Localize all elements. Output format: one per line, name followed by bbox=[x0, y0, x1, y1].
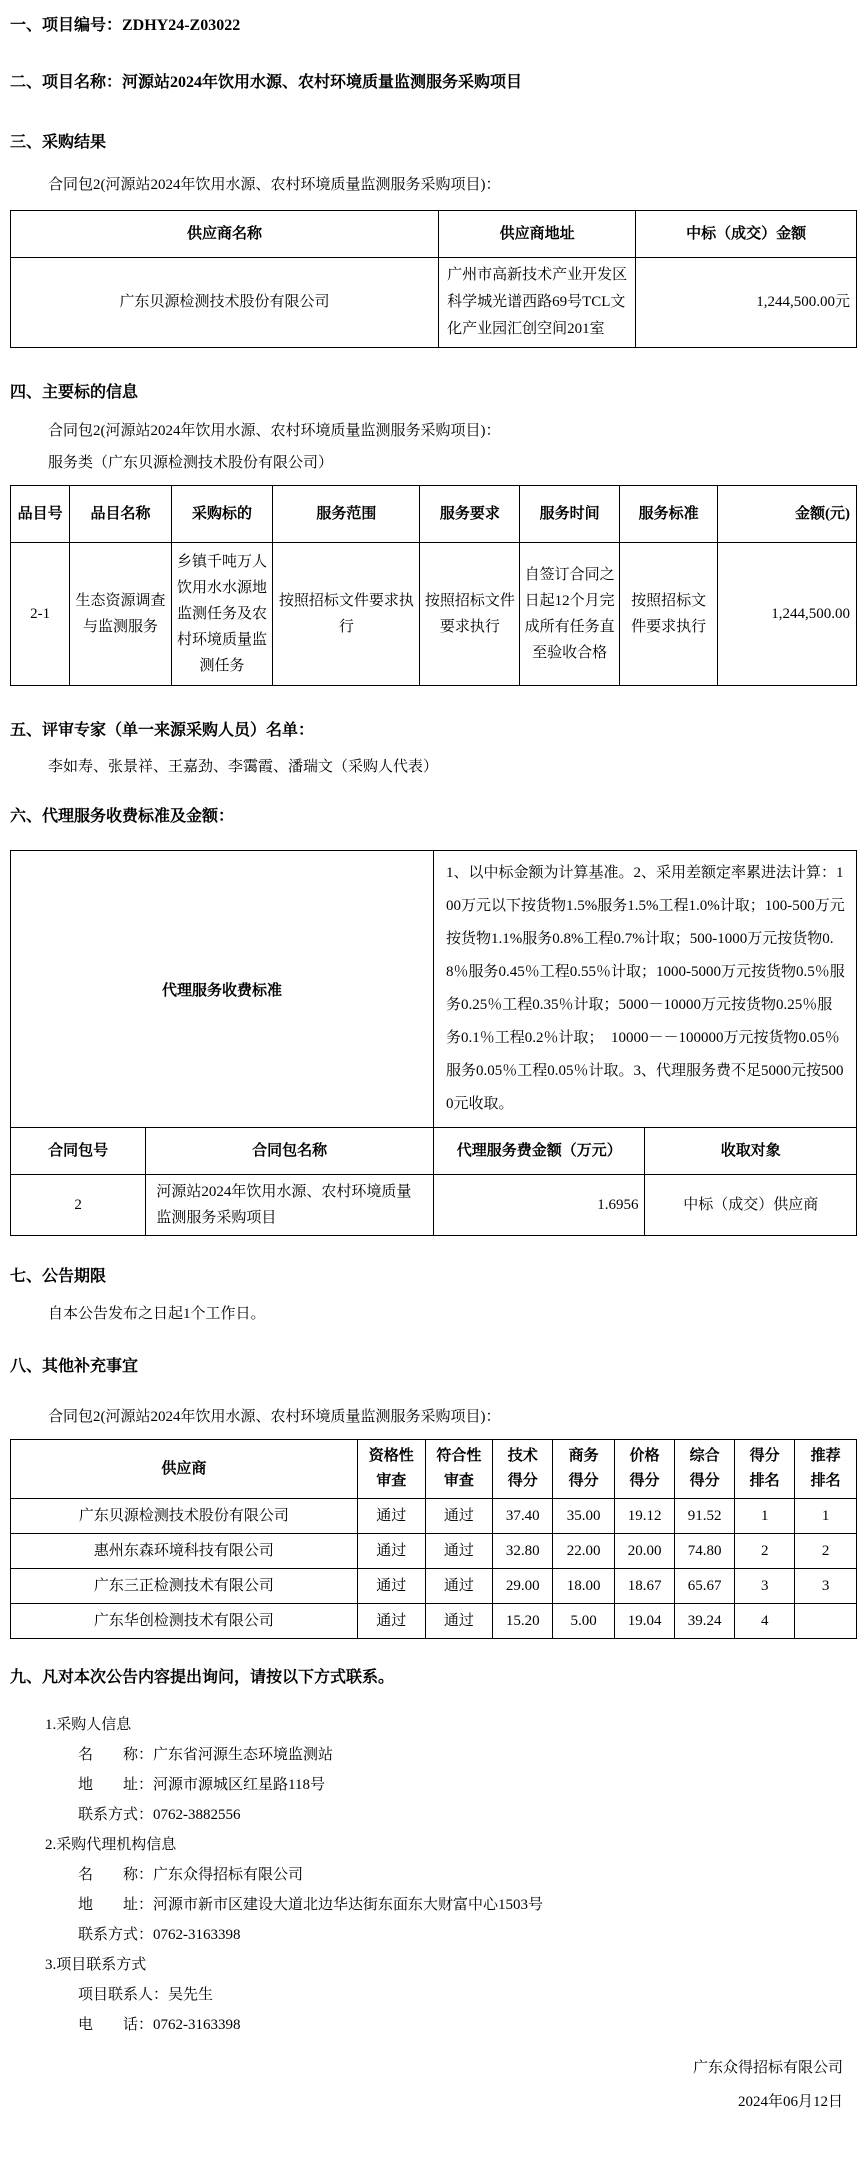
supplier-cell: 广东贝源检测技术股份有限公司 bbox=[11, 1499, 358, 1534]
score-rank-cell: 2 bbox=[735, 1534, 795, 1569]
recommend-rank-cell bbox=[795, 1604, 857, 1639]
price-score-cell: 20.00 bbox=[615, 1534, 675, 1569]
score-rank-cell: 1 bbox=[735, 1499, 795, 1534]
conformity-cell: 通过 bbox=[425, 1569, 493, 1604]
package-no-header: 合同包号 bbox=[11, 1128, 146, 1175]
technical-score-header: 技术得分 bbox=[493, 1440, 553, 1499]
subject-info-heading: 四、主要标的信息 bbox=[10, 382, 857, 404]
fee-standard-label-cell: 代理服务收费标准 bbox=[11, 851, 434, 1128]
service-category-line: 服务类（广东贝源检测技术股份有限公司） bbox=[48, 452, 857, 474]
experts-names: 李如寿、张景祥、王嘉劲、李霭霞、潘瑞文（采购人代表） bbox=[48, 756, 857, 778]
total-score-cell: 91.52 bbox=[675, 1499, 735, 1534]
agency-name-line: 名 称：广东众得招标有限公司 bbox=[78, 1864, 857, 1886]
conformity-cell: 通过 bbox=[425, 1499, 493, 1534]
table-header-row: 合同包号 合同包名称 代理服务费金额（万元） 收取对象 bbox=[11, 1128, 857, 1175]
qualification-cell: 通过 bbox=[357, 1569, 425, 1604]
contact-section-heading: 九、凡对本次公告内容提出询问，请按以下方式联系。 bbox=[10, 1667, 857, 1689]
supplier-address-cell: 广州市高新技术产业开发区科学城光谱西路69号TCL文化产业园汇创空间201室 bbox=[439, 258, 636, 348]
technical-score-cell: 29.00 bbox=[493, 1569, 553, 1604]
announcement-period-body: 自本公告发布之日起1个工作日。 bbox=[48, 1303, 857, 1325]
qualification-cell: 通过 bbox=[357, 1499, 425, 1534]
table-header-row: 供应商 资格性审查 符合性审查 技术得分 商务得分 价格得分 综合得分 得分排名… bbox=[11, 1440, 857, 1499]
qualification-cell: 通过 bbox=[357, 1534, 425, 1569]
package-name-header: 合同包名称 bbox=[146, 1128, 434, 1175]
supplementary-heading: 八、其他补充事宜 bbox=[10, 1356, 857, 1378]
announcement-period-heading: 七、公告期限 bbox=[10, 1266, 857, 1288]
announcement-page: { "sections": { "s1_heading": "一、项目编号：ZD… bbox=[0, 0, 867, 2157]
fee-payer-header: 收取对象 bbox=[645, 1128, 857, 1175]
supplier-cell: 广东华创检测技术有限公司 bbox=[11, 1604, 358, 1639]
package-name-cell: 河源站2024年饮用水源、农村环境质量监测服务采购项目 bbox=[146, 1175, 434, 1236]
contact-block: 1.采购人信息 名 称：广东省河源生态环境监测站 地 址：河源市源城区红星路11… bbox=[10, 1714, 857, 2036]
procurement-target-cell: 乡镇千吨万人饮用水水源地监测任务及农村环境质量监测任务 bbox=[171, 543, 273, 686]
price-score-cell: 19.04 bbox=[615, 1604, 675, 1639]
conformity-cell: 通过 bbox=[425, 1604, 493, 1639]
score-rank-header: 得分排名 bbox=[735, 1440, 795, 1499]
score-rank-cell: 3 bbox=[735, 1569, 795, 1604]
service-standard-header: 服务标准 bbox=[620, 486, 718, 543]
conformity-cell: 通过 bbox=[425, 1534, 493, 1569]
business-score-cell: 22.00 bbox=[553, 1534, 615, 1569]
table-row: 2 河源站2024年饮用水源、农村环境质量监测服务采购项目 1.6956 中标（… bbox=[11, 1175, 857, 1236]
business-score-cell: 5.00 bbox=[553, 1604, 615, 1639]
procurement-result-table: 供应商名称 供应商地址 中标（成交）金额 广东贝源检测技术股份有限公司 广州市高… bbox=[10, 210, 857, 348]
service-standard-cell: 按照招标文件要求执行 bbox=[620, 543, 718, 686]
purchaser-name-line: 名 称：广东省河源生态环境监测站 bbox=[78, 1744, 857, 1766]
supplier-cell: 惠州东森环境科技有限公司 bbox=[11, 1534, 358, 1569]
service-requirement-header: 服务要求 bbox=[420, 486, 520, 543]
supplier-address-header: 供应商地址 bbox=[439, 211, 636, 258]
total-score-cell: 74.80 bbox=[675, 1534, 735, 1569]
technical-score-cell: 15.20 bbox=[493, 1604, 553, 1639]
table-row: 广东华创检测技术有限公司 通过 通过 15.20 5.00 19.04 39.2… bbox=[11, 1604, 857, 1639]
supplier-cell: 广东三正检测技术有限公司 bbox=[11, 1569, 358, 1604]
supplier-header: 供应商 bbox=[11, 1440, 358, 1499]
recommend-rank-cell: 1 bbox=[795, 1499, 857, 1534]
service-scope-header: 服务范围 bbox=[273, 486, 420, 543]
score-rank-cell: 4 bbox=[735, 1604, 795, 1639]
item-name-cell: 生态资源调查与监测服务 bbox=[70, 543, 172, 686]
service-time-cell: 自签订合同之日起12个月完成所有任务直至验收合格 bbox=[520, 543, 620, 686]
table-row: 惠州东森环境科技有限公司 通过 通过 32.80 22.00 20.00 74.… bbox=[11, 1534, 857, 1569]
business-score-header: 商务得分 bbox=[553, 1440, 615, 1499]
award-amount-header: 中标（成交）金额 bbox=[636, 211, 857, 258]
purchaser-phone-line: 联系方式：0762-3882556 bbox=[78, 1804, 857, 1826]
signature-company: 广东众得招标有限公司 bbox=[10, 2057, 843, 2079]
technical-score-cell: 32.80 bbox=[493, 1534, 553, 1569]
item-name-header: 品目名称 bbox=[70, 486, 172, 543]
table-row: 广东贝源检测技术股份有限公司 广州市高新技术产业开发区科学城光谱西路69号TCL… bbox=[11, 258, 857, 348]
price-score-cell: 19.12 bbox=[615, 1499, 675, 1534]
qualification-cell: 通过 bbox=[357, 1604, 425, 1639]
price-score-cell: 18.67 bbox=[615, 1569, 675, 1604]
amount-cell: 1,244,500.00 bbox=[718, 543, 857, 686]
procurement-result-heading: 三、采购结果 bbox=[10, 132, 857, 154]
project-contact-phone-line: 电 话：0762-3163398 bbox=[78, 2014, 857, 2036]
total-score-cell: 65.67 bbox=[675, 1569, 735, 1604]
conformity-review-header: 符合性审查 bbox=[425, 1440, 493, 1499]
supplier-name-header: 供应商名称 bbox=[11, 211, 439, 258]
document-body: 一、项目编号：ZDHY24-Z03022 二、项目名称：河源站2024年饮用水源… bbox=[0, 0, 867, 2123]
agency-fee-table: 代理服务收费标准 1、以中标金额为计算基准。2、采用差额定率累进法计算：100万… bbox=[10, 850, 857, 1236]
fee-amount-cell: 1.6956 bbox=[433, 1175, 645, 1236]
package-no-cell: 2 bbox=[11, 1175, 146, 1236]
recommend-rank-header: 推荐排名 bbox=[795, 1440, 857, 1499]
experts-heading: 五、评审专家（单一来源采购人员）名单： bbox=[10, 720, 857, 742]
business-score-cell: 18.00 bbox=[553, 1569, 615, 1604]
total-score-cell: 39.24 bbox=[675, 1604, 735, 1639]
award-amount-cell: 1,244,500.00元 bbox=[636, 258, 857, 348]
technical-score-cell: 37.40 bbox=[493, 1499, 553, 1534]
business-score-cell: 35.00 bbox=[553, 1499, 615, 1534]
purchaser-info-title: 1.采购人信息 bbox=[45, 1714, 857, 1736]
subject-info-table: 品目号 品目名称 采购标的 服务范围 服务要求 服务时间 服务标准 金额(元) … bbox=[10, 485, 857, 686]
fee-standard-text-cell: 1、以中标金额为计算基准。2、采用差额定率累进法计算：100万元以下按货物1.5… bbox=[433, 851, 856, 1128]
contract-package-intro: 合同包2(河源站2024年饮用水源、农村环境质量监测服务采购项目)： bbox=[48, 174, 857, 196]
signature-date: 2024年06月12日 bbox=[10, 2091, 843, 2113]
service-time-header: 服务时间 bbox=[520, 486, 620, 543]
project-name-heading: 二、项目名称：河源站2024年饮用水源、农村环境质量监测服务采购项目 bbox=[10, 72, 857, 94]
project-contact-title: 3.项目联系方式 bbox=[45, 1954, 857, 1976]
qualification-review-header: 资格性审查 bbox=[357, 1440, 425, 1499]
purchaser-address-line: 地 址：河源市源城区红星路118号 bbox=[78, 1774, 857, 1796]
fee-standard-row: 代理服务收费标准 1、以中标金额为计算基准。2、采用差额定率累进法计算：100万… bbox=[11, 851, 857, 1128]
service-scope-cell: 按照招标文件要求执行 bbox=[273, 543, 420, 686]
project-contact-person-line: 项目联系人：吴先生 bbox=[78, 1984, 857, 2006]
supplier-score-table: 供应商 资格性审查 符合性审查 技术得分 商务得分 价格得分 综合得分 得分排名… bbox=[10, 1439, 857, 1639]
fee-payer-cell: 中标（成交）供应商 bbox=[645, 1175, 857, 1236]
recommend-rank-cell: 3 bbox=[795, 1569, 857, 1604]
total-score-header: 综合得分 bbox=[675, 1440, 735, 1499]
agency-address-line: 地 址：河源市新市区建设大道北边华达街东面东大财富中心1503号 bbox=[78, 1894, 857, 1916]
amount-header: 金额(元) bbox=[718, 486, 857, 543]
agency-phone-line: 联系方式：0762-3163398 bbox=[78, 1924, 857, 1946]
agency-info-title: 2.采购代理机构信息 bbox=[45, 1834, 857, 1856]
item-no-header: 品目号 bbox=[11, 486, 70, 543]
table-row: 广东三正检测技术有限公司 通过 通过 29.00 18.00 18.67 65.… bbox=[11, 1569, 857, 1604]
item-no-cell: 2-1 bbox=[11, 543, 70, 686]
table-header-row: 供应商名称 供应商地址 中标（成交）金额 bbox=[11, 211, 857, 258]
signature-block: 广东众得招标有限公司 2024年06月12日 bbox=[10, 2057, 857, 2113]
contract-package-intro: 合同包2(河源站2024年饮用水源、农村环境质量监测服务采购项目)： bbox=[48, 420, 857, 442]
table-header-row: 品目号 品目名称 采购标的 服务范围 服务要求 服务时间 服务标准 金额(元) bbox=[11, 486, 857, 543]
contract-package-intro: 合同包2(河源站2024年饮用水源、农村环境质量监测服务采购项目)： bbox=[48, 1406, 857, 1428]
procurement-target-header: 采购标的 bbox=[171, 486, 273, 543]
project-number-heading: 一、项目编号：ZDHY24-Z03022 bbox=[10, 15, 857, 37]
agency-fee-heading: 六、代理服务收费标准及金额： bbox=[10, 806, 857, 828]
price-score-header: 价格得分 bbox=[615, 1440, 675, 1499]
table-row: 广东贝源检测技术股份有限公司 通过 通过 37.40 35.00 19.12 9… bbox=[11, 1499, 857, 1534]
recommend-rank-cell: 2 bbox=[795, 1534, 857, 1569]
supplier-name-cell: 广东贝源检测技术股份有限公司 bbox=[11, 258, 439, 348]
fee-amount-header: 代理服务费金额（万元） bbox=[433, 1128, 645, 1175]
service-requirement-cell: 按照招标文件要求执行 bbox=[420, 543, 520, 686]
table-row: 2-1 生态资源调查与监测服务 乡镇千吨万人饮用水水源地监测任务及农村环境质量监… bbox=[11, 543, 857, 686]
